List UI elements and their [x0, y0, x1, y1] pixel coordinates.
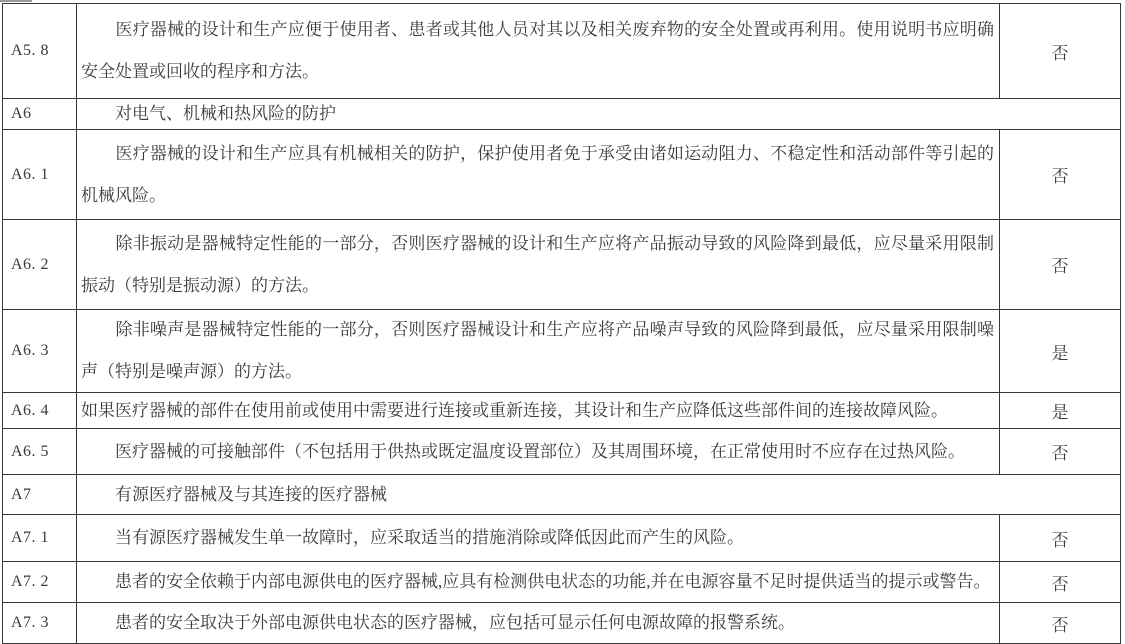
table-row: A6. 2 除非振动是器械特定性能的一部分，否则医疗器械的设计和生产应将产品振动… [3, 219, 1120, 309]
applicability-value: 否 [1052, 439, 1069, 464]
page-edge-artifact [0, 0, 32, 2]
table-section-row: A6 对电气、机械和热风险的防护 [3, 98, 1120, 129]
clause-code: A6. 3 [3, 310, 77, 392]
clause-code-label: A6. 1 [11, 166, 49, 184]
clause-code-label: A6 [11, 105, 32, 123]
applicability-value: 否 [1052, 526, 1069, 551]
clause-code: A7. 1 [3, 515, 77, 561]
applicability-value: 否 [1052, 570, 1069, 595]
requirement-text: 除非振动是器械特定性能的一部分，否则医疗器械的设计和生产应将产品振动导致的风险降… [81, 223, 994, 307]
applicability-cell: 否 [1000, 130, 1120, 219]
clause-code-label: A5. 8 [11, 42, 49, 60]
section-title-cell: 对电气、机械和热风险的防护 [77, 99, 1120, 129]
clause-code: A6. 1 [3, 130, 77, 219]
clause-code: A6. 2 [3, 220, 77, 309]
clause-code-label: A6. 2 [11, 256, 49, 274]
clause-code: A5. 8 [3, 4, 77, 98]
requirement-text-cell: 患者的安全依赖于内部电源供电的医疗器械,应具有检测供电状态的功能,并在电源容量不… [77, 562, 1000, 602]
clause-code: A7 [3, 475, 77, 514]
applicability-value: 是 [1052, 398, 1069, 423]
requirement-text-cell: 如果医疗器械的部件在使用前或使用中需要进行连接或重新连接，其设计和生产应降低这些… [77, 393, 1000, 428]
applicability-cell: 否 [1000, 220, 1120, 309]
applicability-cell: 否 [1000, 515, 1120, 561]
table-row: A7. 2 患者的安全依赖于内部电源供电的医疗器械,应具有检测供电状态的功能,并… [3, 561, 1120, 602]
applicability-cell: 否 [1000, 603, 1120, 643]
requirement-text-cell: 患者的安全取决于外部电源供电状态的医疗器械，应包括可显示任何电源故障的报警系统。 [77, 603, 1000, 643]
requirement-text: 患者的安全取决于外部电源供电状态的医疗器械，应包括可显示任何电源故障的报警系统。 [81, 603, 994, 643]
table-row: A7. 1 当有源医疗器械发生单一故障时，应采取适当的措施消除或降低因此而产生的… [3, 514, 1120, 561]
requirement-text: 除非噪声是器械特定性能的一部分，否则医疗器械设计和生产应将产品噪声导致的风险降到… [81, 310, 994, 392]
requirement-text-cell: 除非噪声是器械特定性能的一部分，否则医疗器械设计和生产应将产品噪声导致的风险降到… [77, 310, 1000, 392]
clause-code-label: A7. 3 [11, 614, 49, 632]
applicability-value: 否 [1052, 611, 1069, 636]
requirement-text: 医疗器械的设计和生产应便于使用者、患者或其他人员对其以及相关废弃物的安全处置或再… [81, 9, 994, 93]
requirement-text-cell: 医疗器械的可接触部件（不包括用于供热或既定温度设置部位）及其周围环境，在正常使用… [77, 429, 1000, 474]
requirement-text: 如果医疗器械的部件在使用前或使用中需要进行连接或重新连接，其设计和生产应降低这些… [81, 393, 994, 428]
requirement-text-cell: 除非振动是器械特定性能的一部分，否则医疗器械的设计和生产应将产品振动导致的风险降… [77, 220, 1000, 309]
clause-code-label: A7. 1 [11, 529, 49, 547]
table-row: A5. 8 医疗器械的设计和生产应便于使用者、患者或其他人员对其以及相关废弃物的… [3, 4, 1120, 98]
requirement-text-cell: 医疗器械的设计和生产应具有机械相关的防护，保护使用者免于承受由诸如运动阻力、不稳… [77, 130, 1000, 219]
table-section-row: A7 有源医疗器械及与其连接的医疗器械 [3, 474, 1120, 514]
applicability-value: 否 [1052, 39, 1069, 64]
table-row: A6. 5 医疗器械的可接触部件（不包括用于供热或既定温度设置部位）及其周围环境… [3, 428, 1120, 474]
table-row: A6. 3 除非噪声是器械特定性能的一部分，否则医疗器械设计和生产应将产品噪声导… [3, 309, 1120, 392]
applicability-value: 否 [1052, 162, 1069, 187]
requirement-text-cell: 当有源医疗器械发生单一故障时，应采取适当的措施消除或降低因此而产生的风险。 [77, 515, 1000, 561]
applicability-cell: 是 [1000, 310, 1120, 392]
table-row: A6. 1 医疗器械的设计和生产应具有机械相关的防护，保护使用者免于承受由诸如运… [3, 129, 1120, 219]
table-row: A7. 3 患者的安全取决于外部电源供电状态的医疗器械，应包括可显示任何电源故障… [3, 602, 1120, 643]
applicability-cell: 否 [1000, 429, 1120, 474]
section-title: 对电气、机械和热风险的防护 [81, 99, 1115, 129]
requirement-text-cell: 医疗器械的设计和生产应便于使用者、患者或其他人员对其以及相关废弃物的安全处置或再… [77, 4, 1000, 98]
requirement-text: 患者的安全依赖于内部电源供电的医疗器械,应具有检测供电状态的功能,并在电源容量不… [81, 562, 994, 602]
clause-code: A6. 5 [3, 429, 77, 474]
applicability-cell: 是 [1000, 393, 1120, 428]
applicability-cell: 否 [1000, 4, 1120, 98]
clause-code-label: A7. 2 [11, 573, 49, 591]
requirements-table: A5. 8 医疗器械的设计和生产应便于使用者、患者或其他人员对其以及相关废弃物的… [2, 3, 1121, 644]
clause-code-label: A6. 4 [11, 402, 49, 420]
clause-code-label: A6. 5 [11, 443, 49, 461]
applicability-cell: 否 [1000, 562, 1120, 602]
clause-code: A7. 3 [3, 603, 77, 643]
requirement-text: 当有源医疗器械发生单一故障时，应采取适当的措施消除或降低因此而产生的风险。 [81, 517, 994, 559]
section-title-cell: 有源医疗器械及与其连接的医疗器械 [77, 475, 1120, 514]
clause-code: A7. 2 [3, 562, 77, 602]
clause-code: A6. 4 [3, 393, 77, 428]
clause-code-label: A7 [11, 486, 32, 504]
requirement-text: 医疗器械的可接触部件（不包括用于供热或既定温度设置部位）及其周围环境，在正常使用… [81, 431, 994, 473]
clause-code-label: A6. 3 [11, 342, 49, 360]
section-title: 有源医疗器械及与其连接的医疗器械 [81, 475, 1115, 514]
clause-code: A6 [3, 99, 77, 129]
table-row: A6. 4 如果医疗器械的部件在使用前或使用中需要进行连接或重新连接，其设计和生… [3, 392, 1120, 428]
requirement-text: 医疗器械的设计和生产应具有机械相关的防护，保护使用者免于承受由诸如运动阻力、不稳… [81, 133, 994, 217]
applicability-value: 否 [1052, 252, 1069, 277]
applicability-value: 是 [1052, 339, 1069, 364]
